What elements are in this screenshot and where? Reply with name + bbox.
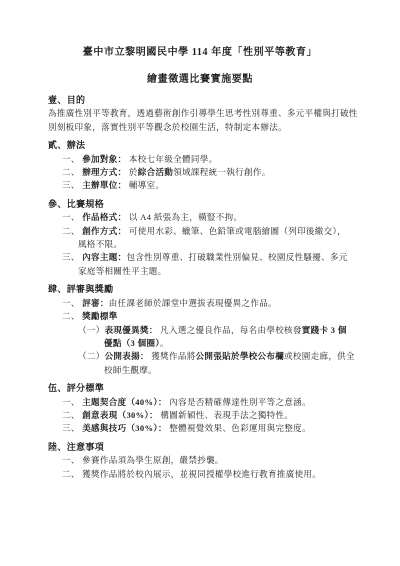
text-segment: 於 (126, 167, 137, 177)
text-segment: （一） (78, 325, 105, 335)
document-line: 二、 創意表現（30%）： 構圖新穎性、表現手法之獨特性。 (62, 409, 370, 422)
document-body: 壹、目的為推廣性別平等教育，透過藝術創作引導學生思考性別尊重、多元平權與打破性別… (48, 94, 370, 481)
document-line: 三、 美感與技巧（30%）： 整體視覺效果、色彩運用與完整度。 (62, 422, 370, 435)
text-segment: 三、 (62, 180, 82, 190)
text-segment: 二、 (62, 311, 82, 321)
text-segment: 伍、評分標準 (48, 383, 104, 393)
text-segment: 以 A4 紙張為主，橫豎不拘。 (126, 212, 242, 222)
text-segment: 綜合活動 (138, 167, 173, 177)
text-segment: 公開張貼於學校公布欄 (196, 351, 285, 361)
text-segment: 由任課老師於課堂中選拔表現優異之作品。 (109, 298, 277, 308)
document-line: 三、 主辦單位： 輔導室。 (62, 179, 370, 192)
text-segment: 陸、注意事項 (48, 442, 104, 452)
text-segment: 家庭等相關性平主題。 (78, 266, 167, 276)
section-heading: 參、比賽規格 (48, 198, 370, 211)
text-segment: 三、 (62, 423, 82, 433)
text-segment: 參加對象： (82, 154, 126, 164)
document-line: 二、 創作方式： 可使用水彩、蠟筆、色鉛筆或電腦繪圖（列印後繳交）， (62, 225, 370, 238)
document-line: 校師生觀摩。 (104, 364, 370, 377)
text-segment: 辦理方式： (82, 167, 126, 177)
document-line: （一）表現優異獎： 凡入選之優良作品，每名由學校核發實踐卡 3 個 (78, 324, 370, 337)
document-line: 風格不限。 (78, 238, 370, 251)
text-segment: 參、比賽規格 (48, 199, 104, 209)
text-segment: 壹、目的 (48, 95, 85, 105)
section-heading: 壹、目的 (48, 94, 370, 107)
text-segment: 構圖新穎性、表現手法之獨特性。 (158, 410, 293, 420)
section-heading: 陸、注意事項 (48, 441, 370, 454)
text-segment: 。 (160, 338, 169, 348)
text-segment: 二、 (62, 226, 82, 236)
text-segment: 二、 獲獎作品將於校內展示，並視同授權學校進行教育推廣使用。 (62, 469, 321, 479)
text-segment: 內容主題： (82, 252, 126, 262)
text-segment: 作品格式： (82, 212, 126, 222)
document-subtitle: 繪畫徵選比賽實施要點 (20, 73, 380, 86)
document-line: （二）公開表揚： 獲獎作品將公開張貼於學校公布欄或校園走廊，供全 (78, 350, 370, 363)
document-line: 一、 主題契合度（40%）： 內容是否精確傳達性別平等之意涵。 (62, 396, 370, 409)
document-line: 一、 評審：由任課老師於課堂中選拔表現優異之作品。 (62, 297, 370, 310)
text-segment: 本校七年級全體同學。 (126, 154, 217, 164)
text-segment: 主題契合度（40%）： (82, 397, 167, 407)
text-segment: 或校園走廊，供全 (284, 351, 355, 361)
text-segment: 美感與技巧（30%）： (82, 423, 167, 433)
text-segment: 實踐卡 3 個 (302, 325, 347, 335)
document-line: 二、 獲獎作品將於校內展示，並視同授權學校進行教育推廣使用。 (62, 468, 370, 481)
document-line: 一、 作品格式： 以 A4 紙張為主，橫豎不拘。 (62, 211, 370, 224)
text-segment: 二、 (62, 167, 82, 177)
text-segment: 內容是否精確傳達性別平等之意涵。 (167, 397, 311, 407)
text-segment: 優點（3 個圈） (104, 338, 160, 348)
text-segment: 凡入選之優良作品，每名由學校核發 (158, 325, 302, 335)
text-segment: 貳、辦法 (48, 140, 85, 150)
text-segment: 獲獎作品將 (149, 351, 196, 361)
document-line: 二、 辦理方式： 於綜合活動領域課程統一執行創作。 (62, 166, 370, 179)
text-segment: 整體視覺效果、色彩運用與完整度。 (167, 423, 311, 433)
document-line: 為推廣性別平等教育，透過藝術創作引導學生思考性別尊重、多元平權與打破性 (48, 107, 370, 120)
text-segment: 二、 (62, 410, 82, 420)
text-segment: 創意表現（30%）： (82, 410, 158, 420)
text-segment: 表現優異獎： (105, 325, 158, 335)
text-segment: 別刻板印象，落實性別平等觀念於校園生活，特制定本辦法。 (48, 122, 287, 132)
text-segment: 主辦單位： (82, 180, 126, 190)
document-page: 臺中市立黎明國民中學 114 年度「性別平等教育」 繪畫徵選比賽實施要點 壹、目… (0, 0, 400, 566)
document-line: 一、 參加對象： 本校七年級全體同學。 (62, 153, 370, 166)
text-segment: （二） (78, 351, 105, 361)
document-title: 臺中市立黎明國民中學 114 年度「性別平等教育」 (20, 46, 380, 60)
text-segment: 包含性別尊重、打破職業性別偏見、校園反性騷擾、多元 (126, 252, 347, 262)
text-segment: 輔導室。 (126, 180, 164, 190)
document-line: 優點（3 個圈）。 (104, 337, 370, 350)
text-segment: 創作方式： (82, 226, 126, 236)
document-line: 三、 內容主題：包含性別尊重、打破職業性別偏見、校園反性騷擾、多元 (62, 251, 370, 264)
text-segment: 一、 (62, 298, 82, 308)
text-segment: 評審： (82, 298, 109, 308)
text-segment: 獎勵標準 (82, 311, 117, 321)
document-line: 家庭等相關性平主題。 (78, 265, 370, 278)
text-segment: 領域課程統一執行創作。 (173, 167, 270, 177)
text-segment: 校師生觀摩。 (104, 365, 157, 375)
text-segment: 可使用水彩、蠟筆、色鉛筆或電腦繪圖（列印後繳交）， (126, 226, 345, 236)
document-line: 二、 獎勵標準 (62, 310, 370, 323)
section-heading: 貳、辦法 (48, 139, 370, 152)
section-heading: 伍、評分標準 (48, 382, 370, 395)
text-segment: 公開表揚： (105, 351, 149, 361)
text-segment: 一、 (62, 212, 82, 222)
text-segment: 一、 參賽作品須為學生原創，嚴禁抄襲。 (62, 455, 224, 465)
text-segment: 為推廣性別平等教育，透過藝術創作引導學生思考性別尊重、多元平權與打破性 (48, 108, 358, 118)
text-segment: 三、 (62, 252, 82, 262)
document-line: 別刻板印象，落實性別平等觀念於校園生活，特制定本辦法。 (48, 121, 370, 134)
section-heading: 肆、評審與獎勵 (48, 283, 370, 296)
text-segment: 一、 (62, 154, 82, 164)
text-segment: 風格不限。 (78, 239, 122, 249)
text-segment: 肆、評審與獎勵 (48, 284, 113, 294)
document-line: 一、 參賽作品須為學生原創，嚴禁抄襲。 (62, 454, 370, 467)
text-segment: 一、 (62, 397, 82, 407)
